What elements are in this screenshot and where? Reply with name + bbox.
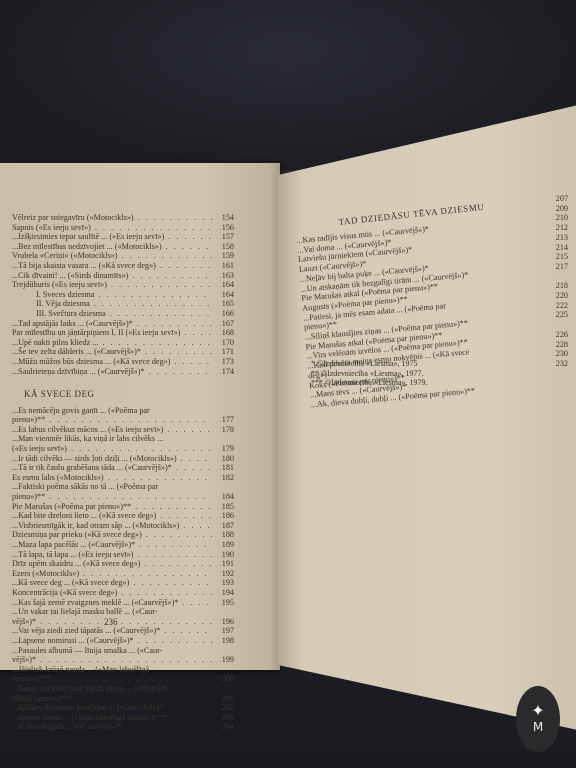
toc-entry-page: 193: [212, 578, 234, 588]
toc-entry: Dziesmiņa par prieku («Kā svece deg»)188: [12, 530, 234, 540]
toc-entry: ...Nakts jau atkal man vārdu prasa ... (…: [12, 684, 234, 694]
toc-entry-title: ...Ir tādi cilvēki — sirds ļoti dziļi ..…: [12, 454, 212, 464]
toc-entry: ...Un vakar tai lielajā masku ballē ... …: [12, 607, 234, 617]
toc-list-top: Vēlreiz par sniegavīru («Motocikls»)154S…: [12, 213, 234, 376]
right-page: [278, 105, 576, 745]
toc-entry: ...aptvert krusu ... («Man labvēlīgā tum…: [12, 713, 234, 723]
toc-entry-title: Dziesmiņa par prieku («Kā svece deg»): [12, 530, 212, 540]
toc-entry-title: ...Še tev zelta dālderis ... («Caurvējš»…: [12, 347, 212, 357]
toc-entry-title: I. Sveces dziesma: [12, 290, 212, 300]
toc-entry: pienu»)**177: [12, 415, 234, 425]
toc-entry: vējš»)*199: [12, 655, 234, 665]
toc-entry-page: 157: [212, 232, 234, 242]
toc-entry-title: pienu»)**: [12, 415, 212, 425]
toc-entry: ...Vai vēja ziedi zied tāpatās ... («Cau…: [12, 626, 234, 636]
toc-entry: ...Kas šajā zemē zvaigznes meklē ... («C…: [12, 598, 234, 608]
toc-entry: ...Es labus cilvēkus mācos ... («Es ieej…: [12, 425, 234, 435]
toc-entry-page: 215: [548, 252, 568, 262]
toc-entry-page: 164: [212, 280, 234, 290]
left-toc: Vēlreiz par sniegavīru («Motocikls»)154S…: [12, 213, 234, 732]
toc-entry: I. Sveces dziesma164: [12, 290, 234, 300]
toc-entry-title: Par mīlestību un jāņtārpiņiem I, II («Es…: [12, 328, 212, 338]
toc-entry-page: 213: [548, 233, 568, 243]
toc-entry-page: 165: [212, 299, 234, 309]
toc-entry: tumsa»)***200: [12, 674, 234, 684]
toc-entry-page: 163: [212, 271, 234, 281]
toc-entry-page: 177: [212, 415, 234, 425]
toc-entry: ...Lapsene nomirusi ... («Caurvējš»)*198: [12, 636, 234, 646]
toc-entry-page: [212, 406, 234, 416]
toc-entry-page: [212, 607, 234, 617]
toc-entry-title: Pie Marušas («Poēma par pienu»)**: [12, 502, 212, 512]
toc-entry-page: 178: [212, 425, 234, 435]
flower-monogram-icon: ✦: [531, 704, 544, 720]
toc-entry-page: 198: [212, 636, 234, 646]
toc-entry-title: ...Kas šajā zemē zvaigznes meklē ... («C…: [12, 598, 212, 608]
toc-entry-page: 159: [212, 251, 234, 261]
toc-entry-title: tumsa»)***: [12, 674, 212, 684]
page-number: 236: [104, 617, 118, 627]
toc-entry: ...Es nemācēju govis ganīt ... («Poēma p…: [12, 406, 234, 416]
toc-entry: vējš»)*196: [12, 617, 234, 627]
toc-entry-title: ...Tā bija skaista vasara ... («Kā svece…: [12, 261, 212, 271]
toc-entry-page: 197: [212, 626, 234, 636]
toc-entry-title: ...Visbriesmīgāk ir, kad otram sāp ... (…: [12, 521, 212, 531]
toc-entry-page: 166: [212, 309, 234, 319]
toc-entry-title: Koncentrācija («Kā svece deg»): [12, 588, 212, 598]
toc-entry-title: Vrubela «Ceriņi» («Motocikls»): [12, 251, 212, 261]
toc-entry-title: Sapnis («Es ieeju sevī»): [12, 223, 212, 233]
toc-entry-page: 181: [212, 463, 234, 473]
toc-entry: Es esmu labs («Motocikls»)182: [12, 473, 234, 483]
toc-entry: Ezers («Motocikls»)192: [12, 569, 234, 579]
toc-entry-title: ...aptvert krusu ... («Man labvēlīgā tum…: [12, 713, 212, 723]
toc-entry: ...Cik dīvaini! ... («Sirds dinamīts»)16…: [12, 271, 234, 281]
toc-entry-page: 167: [212, 319, 234, 329]
toc-entry-title: vēlīgā tumsa»)***: [12, 694, 212, 704]
section-title-ka-svece-deg: KĀ SVECE DEG: [24, 390, 234, 400]
toc-entry-page: 161: [212, 261, 234, 271]
toc-entry-title: III. Svečtura dziesma: [12, 309, 212, 319]
toc-entry-page: 154: [212, 213, 234, 223]
toc-entry: ...Saulrieteņa dzīvībiņa ... («Caurvējš»…: [12, 367, 234, 377]
toc-entry-page: 189: [212, 540, 234, 550]
toc-entry: ...Tā lapa, tā lapa ... («Es ieeju sevī»…: [12, 550, 234, 560]
toc-entry-title: ...Maza lapa pacēlās ... («Caurvējš»)*: [12, 540, 212, 550]
toc-entry-page: 171: [212, 347, 234, 357]
toc-entry: ...Maza lapa pacēlās ... («Caurvējš»)*18…: [12, 540, 234, 550]
toc-entry: Par mīlestību un jāņtārpiņiem I, II («Es…: [12, 328, 234, 338]
toc-entry-title: Drīz upēm skaidru ... («Kā svece deg»): [12, 559, 212, 569]
toc-entry-page: [212, 482, 234, 492]
toc-entry-page: [212, 434, 234, 444]
toc-entry: Vrubela «Ceriņi» («Motocikls»)159: [12, 251, 234, 261]
toc-entry-page: 199: [212, 655, 234, 665]
toc-entry-title: ...Kad bite dzeloni lieto ... («Kā svece…: [12, 511, 212, 521]
toc-entry-page: [212, 684, 234, 694]
toc-entry-page: 170: [212, 338, 234, 348]
toc-entry-page: 212: [548, 223, 568, 233]
toc-entry: ...Kādām dīvainām kustībām ... («Caurvēj…: [12, 703, 234, 713]
toc-entry-page: 158: [212, 242, 234, 252]
toc-entry-title: ...Es labus cilvēkus mācos ... («Es ieej…: [12, 425, 212, 435]
toc-entry-page: 188: [212, 530, 234, 540]
toc-entry-title: ...Tā lapa, tā lapa ... («Es ieeju sevī»…: [12, 550, 212, 560]
toc-entry-page: 182: [212, 473, 234, 483]
toc-entry-page: 180: [212, 454, 234, 464]
toc-entry-page: 202: [212, 703, 234, 713]
toc-entry: III. Svečtura dziesma166: [12, 309, 234, 319]
watermark-badge: ✦ M: [516, 686, 560, 752]
toc-entry-page: 203: [212, 713, 234, 723]
toc-entry: ...Tad apstājās laiks ... («Caurvējš»)*1…: [12, 319, 234, 329]
toc-entry-title: ...Faktiski poēma sākās no tā ... («Poēm…: [12, 482, 212, 492]
toc-entry-page: 168: [212, 328, 234, 338]
toc-entry-page: [212, 646, 234, 656]
toc-entry-title: ...Kādām dīvainām kustībām ... («Caurvēj…: [12, 703, 212, 713]
toc-entry-title: ...Bez mīlestības nedzīvojiet ... («Moto…: [12, 242, 212, 252]
toc-entry-page: [212, 665, 234, 675]
toc-entry-page: 184: [212, 492, 234, 502]
toc-entry: ...Visbriesmīgāk ir, kad otram sāp ... (…: [12, 521, 234, 531]
toc-entry-page: 164: [212, 290, 234, 300]
toc-list-section: ...Es nemācēju govis ganīt ... («Poēma p…: [12, 406, 234, 732]
toc-entry-title: Trejdūburis («Es ieeju sevī»): [12, 280, 212, 290]
toc-entry: Sapnis («Es ieeju sevī»)156: [12, 223, 234, 233]
toc-entry: ...Ir Jaunalsgads ... («Caurvējš»)*204: [12, 722, 234, 732]
toc-entry-page: [548, 272, 568, 282]
toc-entry: Pie Marušas («Poēma par pienu»)**185: [12, 502, 234, 512]
toc-entry-title: ...Nakts jau atkal man vārdu prasa ... (…: [12, 684, 212, 694]
toc-entry-page: 190: [212, 550, 234, 560]
toc-entry: II. Vēja dziesma165: [12, 299, 234, 309]
toc-entry-title: ...Mūžu mūžos būs dziesma ... («Kā svece…: [12, 357, 212, 367]
toc-entry-title: ...Izšķirsimies tepat saulītē ... («Es i…: [12, 232, 212, 242]
toc-entry: ...Upē nakti pilns kliedz ...170: [12, 338, 234, 348]
toc-entry-page: 210: [548, 213, 568, 223]
toc-entry-title: Vēlreiz par sniegavīru («Motocikls»): [12, 213, 212, 223]
toc-entry-page: 217: [548, 262, 568, 272]
toc-entry-title: II. Vēja dziesma: [12, 299, 212, 309]
toc-entry-title: ...Upē nakti pilns kliedz ...: [12, 338, 212, 348]
toc-entry: pienu»)**184: [12, 492, 234, 502]
toc-entry-title: vējš»)*: [12, 655, 212, 665]
toc-entry: ...Bez mīlestības nedzīvojiet ... («Moto…: [12, 242, 234, 252]
toc-entry-page: 209: [548, 204, 568, 214]
toc-entry: ...Tā bija skaista vasara ... («Kā svece…: [12, 261, 234, 271]
toc-entry-title: ...Pasaules albumā — līnija smalka ... (…: [12, 646, 212, 656]
toc-entry: Vēlreiz par sniegavīru («Motocikls»)154: [12, 213, 234, 223]
toc-entry-title: («Es ieeju sevī»): [12, 444, 212, 454]
toc-entry-page: 207: [548, 194, 568, 204]
toc-entry: Drīz upēm skaidru ... («Kā svece deg»)19…: [12, 559, 234, 569]
toc-entry-page: 194: [212, 588, 234, 598]
copyright-line: ** ©Izdevniecība «Liesma», 1977.: [311, 369, 428, 379]
toc-entry-title: ...Es nemācēju govis ganīt ... («Poēma p…: [12, 406, 212, 416]
toc-entry-title: ...Ir Jaunalsgads ... («Caurvējš»)*: [12, 722, 212, 732]
toc-entry-page: 196: [212, 617, 234, 627]
toc-entry: vēlīgā tumsa»)***201: [12, 694, 234, 704]
toc-entry-page: 187: [212, 521, 234, 531]
toc-entry: ...Mūžu mūžos būs dziesma ... («Kā svece…: [12, 357, 234, 367]
toc-entry: Koncentrācija («Kā svece deg»)194: [12, 588, 234, 598]
toc-entry-title: ...Vai vēja ziedi zied tāpatās ... («Cau…: [12, 626, 212, 636]
toc-entry-page: 173: [212, 357, 234, 367]
monogram: M: [533, 720, 543, 734]
toc-entry-title: Ezers («Motocikls»): [12, 569, 212, 579]
toc-entry-title: ...Kā svece deg ... («Kā svece deg»): [12, 578, 212, 588]
toc-entry: ...Ir tādi cilvēki — sirds ļoti dziļi ..…: [12, 454, 234, 464]
toc-entry-title: ...Tad apstājās laiks ... («Caurvējš»)*: [12, 319, 212, 329]
toc-entry-page: 201: [212, 694, 234, 704]
toc-entry: ...Kad bite dzeloni lieto ... («Kā svece…: [12, 511, 234, 521]
toc-entry-page: 195: [212, 598, 234, 608]
toc-entry-page: 174: [212, 367, 234, 377]
copyright-line: *** ©Izdevniecība «Liesma», 1979.: [311, 378, 428, 388]
toc-entry-title: pienu»)**: [12, 492, 212, 502]
toc-entry-title: ...Un vakar tai lielajā masku ballē ... …: [12, 607, 212, 617]
toc-entry-page: 185: [212, 502, 234, 512]
toc-entry-title: ...Tā ir tik čaulu grabēšana tāda ... («…: [12, 463, 212, 473]
toc-entry: ...Še tev zelta dālderis ... («Caurvējš»…: [12, 347, 234, 357]
toc-entry: ...Man vienmēr likās, ka viņā ir labs ci…: [12, 434, 234, 444]
toc-entry: ...Kā svece deg ... («Kā svece deg»)193: [12, 578, 234, 588]
toc-entry-title: ...Lapsene nomirusi ... («Caurvējš»)*: [12, 636, 212, 646]
copyright-line: * ©Izdevniecība «Liesma», 1975: [311, 359, 428, 369]
toc-entry: («Es ieeju sevī»)179: [12, 444, 234, 454]
toc-entry-page: 156: [212, 223, 234, 233]
toc-entry-page: 179: [212, 444, 234, 454]
toc-entry-title: ...Man vienmēr likās, ka viņā ir labs ci…: [12, 434, 212, 444]
toc-entry: ...Pasaules albumā — līnija smalka ... (…: [12, 646, 234, 656]
toc-entry-page: 200: [212, 674, 234, 684]
toc-entry-page: 192: [212, 569, 234, 579]
toc-entry: ...Tā ir tik čaulu grabēšana tāda ... («…: [12, 463, 234, 473]
toc-entry: Trejdūburis («Es ieeju sevī»)164: [12, 280, 234, 290]
toc-entry-page: 191: [212, 559, 234, 569]
toc-entry-page: 214: [548, 243, 568, 253]
toc-entry: ...Faktiski poēma sākās no tā ... («Poēm…: [12, 482, 234, 492]
toc-entry-page: 204: [212, 722, 234, 732]
toc-entry-title: ...Jāielick krūzē nauda ... («Man labvēl…: [12, 665, 212, 675]
toc-entry-title: ...Cik dīvaini! ... («Sirds dinamīts»): [12, 271, 212, 281]
toc-entry: ...Izšķirsimies tepat saulītē ... («Es i…: [12, 232, 234, 242]
toc-entry-page: 186: [212, 511, 234, 521]
toc-entry-title: Es esmu labs («Motocikls»): [12, 473, 212, 483]
toc-entry-title: ...Saulrieteņa dzīvībiņa ... («Caurvējš»…: [12, 367, 212, 377]
toc-entry: ...Jāielick krūzē nauda ... («Man labvēl…: [12, 665, 234, 675]
copyright-notes: * ©Izdevniecība «Liesma», 1975** ©Izdevn…: [311, 359, 428, 388]
